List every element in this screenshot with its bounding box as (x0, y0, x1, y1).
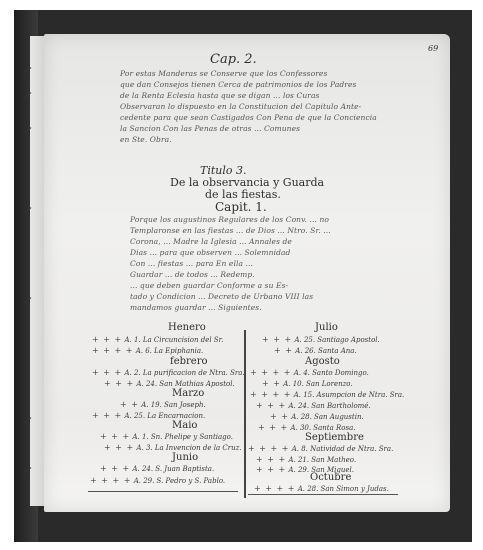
feast-text: A. 4. Santo Domingo. (294, 369, 369, 377)
month-heading: Julio (315, 322, 338, 333)
feast-text: A. 25. Santiago Apostol. (294, 336, 379, 344)
feast-entry: + + + A. 3. La Invencion de la Cruz. (104, 443, 242, 452)
cross-icon: + + (120, 400, 139, 409)
text-line: ... que deben guardar Conforme a su Es- (130, 280, 430, 291)
feast-entry: + + + + A. 4. Santo Domingo. (250, 368, 369, 377)
month-heading: febrero (170, 356, 208, 367)
feast-entry: + + A. 28. San Augustin. (270, 412, 364, 421)
cross-icon: + + + (262, 335, 292, 344)
feast-entry: + + A. 10. San Lorenzo. (262, 379, 353, 388)
feast-text: A. 25. La Encarnacion. (124, 412, 205, 420)
feast-text: A. 10. San Lorenzo. (283, 380, 352, 388)
feast-entry: + + + A. 25. La Encarnacion. (92, 411, 205, 420)
cross-icon: + + + + (250, 368, 291, 377)
feast-entry: + + + + A. 15. Asumpcion de Ntra. Sra. (250, 390, 404, 399)
text-line: Porque los augustinos Regulares de los C… (130, 214, 430, 225)
cross-icon: + + + (92, 368, 122, 377)
month-heading: Agosto (305, 356, 340, 367)
feast-entry: + + + A. 1. La Circuncision del Sr. (92, 335, 223, 344)
feast-entry: + + + A. 24. San Mathias Apostol. (104, 379, 235, 388)
feast-text: A. 8. Natividad de Ntra. Sra. (292, 445, 394, 453)
month-heading: Marzo (172, 388, 204, 399)
text-line: Corona, ... Madre la Iglesia ... Annales… (130, 236, 430, 247)
cross-icon: + + + + (254, 484, 295, 493)
feast-text: A. 2. La purificacion de Ntra. Sra. (124, 369, 244, 377)
month-heading: Septiembre (305, 432, 364, 443)
feast-text: A. 24. S. Juan Baptista. (132, 465, 214, 473)
feast-text: A. 24. San Mathias Apostol. (136, 380, 234, 388)
cross-icon: + + + (256, 401, 286, 410)
feast-entry: + + A. 26. Santa Ana. (274, 346, 357, 355)
text-line: Guardar ... de todos ... Redemp. (130, 269, 430, 280)
feast-text: A. 1. Sn. Phelipe y Santiago. (132, 433, 233, 441)
feast-text: A. 6. La Epiphania. (136, 347, 204, 355)
chapter-text: Por estas Manderas se Conserve que los C… (120, 68, 420, 145)
cross-icon: + + + + (250, 390, 291, 399)
text-line: de la Renta Eclesia hasta que se digan .… (120, 90, 420, 101)
month-heading: Junio (172, 452, 198, 463)
cross-icon: + + + (256, 465, 286, 474)
feast-entry: + + + A. 24. San Bartholomé. (256, 401, 371, 410)
month-heading: Octubre (310, 472, 351, 483)
text-line: tado y Condicion ... Decreto de Urbano V… (130, 291, 430, 302)
cross-icon: + + + (92, 335, 122, 344)
feast-entry: + + + + A. 6. La Epiphania. (92, 346, 203, 355)
text-line: que dan Consejos tienen Cerca de patrimo… (120, 79, 420, 90)
cross-icon: + + + (92, 411, 122, 420)
feast-text: A. 28. San Augustin. (291, 413, 364, 421)
feast-entry: + + + + A. 28. San Simon y Judas. (254, 484, 389, 493)
feast-text: A. 3. La Invencion de la Cruz. (136, 444, 241, 452)
text-line: en Ste. Obra. (120, 134, 420, 145)
feast-entry: + + + A. 2. La purificacion de Ntra. Sra… (92, 368, 245, 377)
feast-entry: + + + + A. 29. S. Pedro y S. Pablo. (90, 476, 225, 485)
feast-text: A. 28. San Simon y Judas. (298, 485, 389, 493)
feast-entry: + + + A. 1. Sn. Phelipe y Santiago. (100, 432, 233, 441)
cross-icon: + + (262, 379, 281, 388)
feast-text: A. 30. Santa Rosa. (290, 424, 355, 432)
column-divider (244, 330, 246, 498)
text-line: Con ... fiestas ... para En ella ... (130, 258, 430, 269)
text-line: mandamos guardar ... Siguientes. (130, 302, 430, 313)
feast-text: A. 24. San Bartholomé. (288, 402, 370, 410)
cross-icon: + + (270, 412, 289, 421)
feast-entry: + + + A. 30. Santa Rosa. (258, 423, 355, 432)
feast-text: A. 21. San Matheo. (288, 456, 356, 464)
month-heading: Henero (168, 322, 206, 333)
text-line: la Sancion Con las Penas de otras ... Co… (120, 123, 420, 134)
cross-icon: + + (274, 346, 293, 355)
feast-entry: + + + A. 24. S. Juan Baptista. (100, 464, 214, 473)
closing-flourish (248, 494, 398, 495)
feast-text: A. 26. Santa Ana. (295, 347, 357, 355)
cross-icon: + + + (100, 464, 130, 473)
cross-icon: + + + + (248, 444, 289, 453)
folio-number: 69 (428, 44, 438, 53)
feast-entry: + + A. 19. San Joseph. (120, 400, 206, 409)
cross-icon: + + + (100, 432, 130, 441)
cross-icon: + + + (256, 455, 286, 464)
feast-entry: + + + A. 25. Santiago Apostol. (262, 335, 380, 344)
cross-icon: + + + (104, 379, 134, 388)
text-line: Observaran lo dispuesto en la Constituci… (120, 101, 420, 112)
capitulo-text: Porque los augustinos Regulares de los C… (130, 214, 430, 313)
feast-text: A. 1. La Circuncision del Sr. (124, 336, 223, 344)
text-line: Templaronse en las fiestas ... de Dios .… (130, 225, 430, 236)
cross-icon: + + + (104, 443, 134, 452)
capitulo-heading: Capit. 1. (215, 200, 267, 214)
text-line: Por estas Manderas se Conserve que los C… (120, 68, 420, 79)
feast-text: A. 29. S. Pedro y S. Pablo. (134, 477, 225, 485)
feast-entry: + + + A. 21. San Matheo. (256, 455, 356, 464)
cross-icon: + + + + (90, 476, 131, 485)
chapter-heading: Cap. 2. (210, 52, 257, 67)
feast-text: A. 19. San Joseph. (141, 401, 206, 409)
feast-text: A. 15. Asumpcion de Ntra. Sra. (294, 391, 405, 399)
feast-entry: + + + + A. 8. Natividad de Ntra. Sra. (248, 444, 393, 453)
cross-icon: + + + (258, 423, 288, 432)
month-heading: Maio (172, 420, 197, 431)
closing-flourish (88, 491, 238, 492)
text-line: Dias ... para que observen ... Solemnida… (130, 247, 430, 258)
cross-icon: + + + + (92, 346, 133, 355)
text-line: cedente para que sean Castigados Con Pen… (120, 112, 420, 123)
